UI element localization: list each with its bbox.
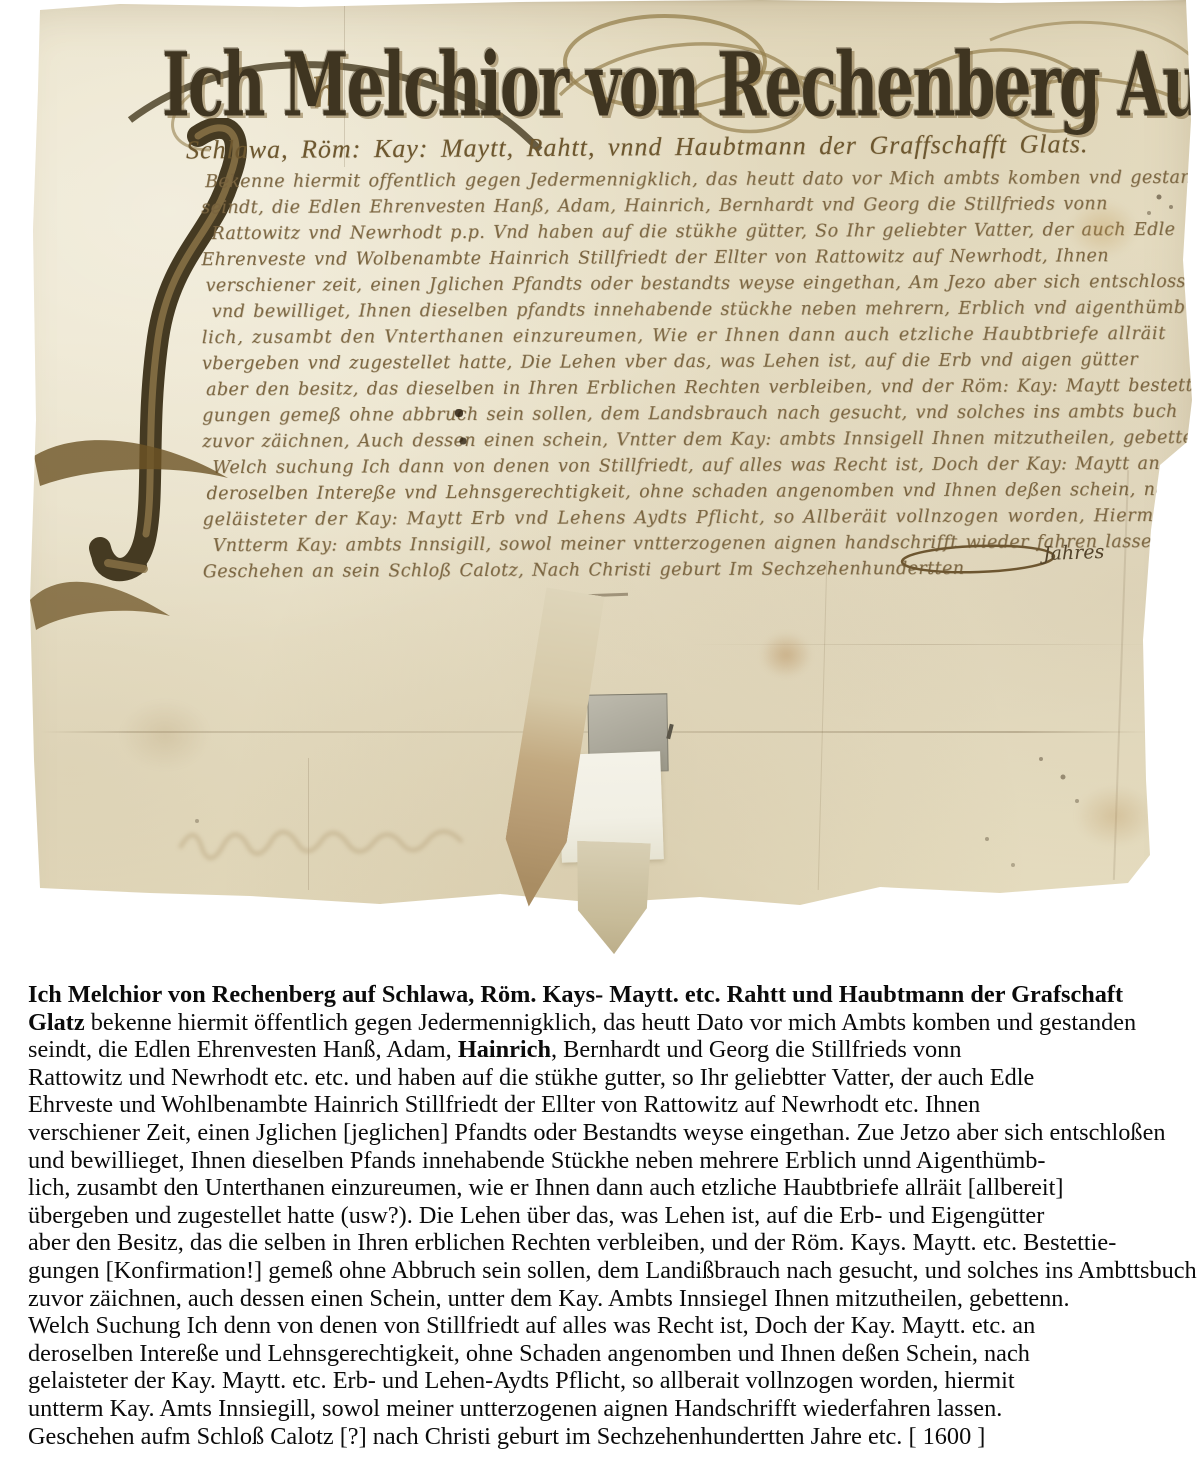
- transcription-line: zuvor zäichnen, auch dessen einen Schein…: [28, 1285, 1186, 1313]
- transcription-line: gelaisteter der Kay. Maytt. etc. Erb- un…: [28, 1367, 1186, 1395]
- transcription-segment: Geschehen aufm Schloß Calotz [?] nach Ch…: [28, 1423, 985, 1450]
- stain: [120, 700, 210, 770]
- transcription-segment: Welch Suchung Ich denn von denen von Sti…: [28, 1312, 1035, 1339]
- transcription-line: Ich Melchior von Rechenberg auf Schlawa,…: [28, 981, 1186, 1009]
- ink-specks: [0, 0, 2, 2]
- transcription-segment: zuvor zäichnen, auch dessen einen Schein…: [28, 1285, 1070, 1312]
- final-word-script: Jahres: [1043, 541, 1105, 565]
- transcription-segment: seindt, die Edlen Ehrenvesten Hanß, Adam…: [28, 1036, 458, 1063]
- charter-heading-calligraphy: Ich Melchior von Rechenberg Auff: [162, 34, 1129, 138]
- transcription-line: lich, zusambt den Unterthanen einzureume…: [28, 1174, 1186, 1202]
- transcription-line: verschiener Zeit, einen Jglichen [jeglic…: [28, 1119, 1186, 1147]
- stain: [760, 632, 812, 678]
- horizontal-crease-right: [690, 644, 1160, 645]
- transcription-segment: lich, zusambt den Unterthanen einzureume…: [28, 1174, 1064, 1201]
- transcription-segment: übergeben und zugestellet hatte (usw?). …: [28, 1202, 1044, 1229]
- transcription-line: Geschehen aufm Schloß Calotz [?] nach Ch…: [28, 1423, 1186, 1451]
- vertical-crease-center: [818, 560, 828, 890]
- transcription-segment: , Bernhardt und Georg die Stillfrieds vo…: [551, 1036, 962, 1063]
- transcription-segment: bekenne hiermit öffentlich gegen Jederme…: [85, 1009, 1136, 1036]
- stain: [1068, 200, 1138, 258]
- fold-ink-mark-edge: [1178, 729, 1190, 732]
- transcription-bold-segment: Ich Melchior von Rechenberg auf Schlawa,…: [28, 981, 1123, 1008]
- transcription-text-block: Ich Melchior von Rechenberg auf Schlawa,…: [28, 981, 1186, 1450]
- transcription-segment: gungen [Konfirmation!] gemeß ohne Abbruc…: [28, 1257, 1197, 1284]
- margin-swash-strokes: [20, 420, 280, 700]
- transcription-segment: deroselben Intereße und Lehnsgerechtigke…: [28, 1340, 1030, 1367]
- transcription-bold-segment: Glatz: [28, 1009, 85, 1036]
- transcription-segment: und bewillieget, Ihnen dieselben Pfands …: [28, 1147, 1045, 1174]
- scanned-charter-page: h Ich Melchior von Rechenberg Auff Schla…: [0, 0, 1201, 1471]
- seal-tag-strip-back: [570, 841, 654, 956]
- transcription-line: Rattowitz und Newrhodt etc. etc. und hab…: [28, 1064, 1186, 1092]
- transcription-segment: Ehrveste und Wohlbenambte Hainrich Still…: [28, 1091, 980, 1118]
- end-oval-flourish: [898, 541, 1058, 577]
- transcription-line: seindt, die Edlen Ehrenvesten Hanß, Adam…: [28, 1036, 1186, 1064]
- transcription-line: aber den Besitz, das die selben in Ihren…: [28, 1229, 1186, 1257]
- transcription-bold-segment: Hainrich: [458, 1036, 551, 1063]
- transcription-line: Glatz bekenne hiermit öffentlich gegen J…: [28, 1009, 1186, 1037]
- transcription-segment: gelaisteter der Kay. Maytt. etc. Erb- un…: [28, 1367, 1015, 1394]
- transcription-line: Welch Suchung Ich denn von denen von Sti…: [28, 1312, 1186, 1340]
- show-through-writing: [170, 808, 530, 878]
- transcription-line: und bewillieget, Ihnen dieselben Pfands …: [28, 1147, 1186, 1175]
- transcription-line: übergeben und zugestellet hatte (usw?). …: [28, 1202, 1186, 1230]
- transcription-line: Ehrveste und Wohlbenambte Hainrich Still…: [28, 1091, 1186, 1119]
- transcription-segment: aber den Besitz, das die selben in Ihren…: [28, 1229, 1116, 1256]
- stain: [1075, 785, 1155, 847]
- transcription-line: deroselben Intereße und Lehnsgerechtigke…: [28, 1340, 1186, 1368]
- transcription-segment: verschiener Zeit, einen Jglichen [jeglic…: [28, 1119, 1166, 1146]
- transcription-segment: untterm Kay. Amts Innsiegill, sowol mein…: [28, 1395, 1002, 1422]
- charter-body-script: Bekenne hiermit offentlich gegen Jederme…: [201, 165, 1195, 585]
- transcription-line: gungen [Konfirmation!] gemeß ohne Abbruc…: [28, 1257, 1186, 1285]
- transcription-segment: Rattowitz und Newrhodt etc. etc. und hab…: [28, 1064, 1034, 1091]
- transcription-line: untterm Kay. Amts Innsiegill, sowol mein…: [28, 1395, 1186, 1423]
